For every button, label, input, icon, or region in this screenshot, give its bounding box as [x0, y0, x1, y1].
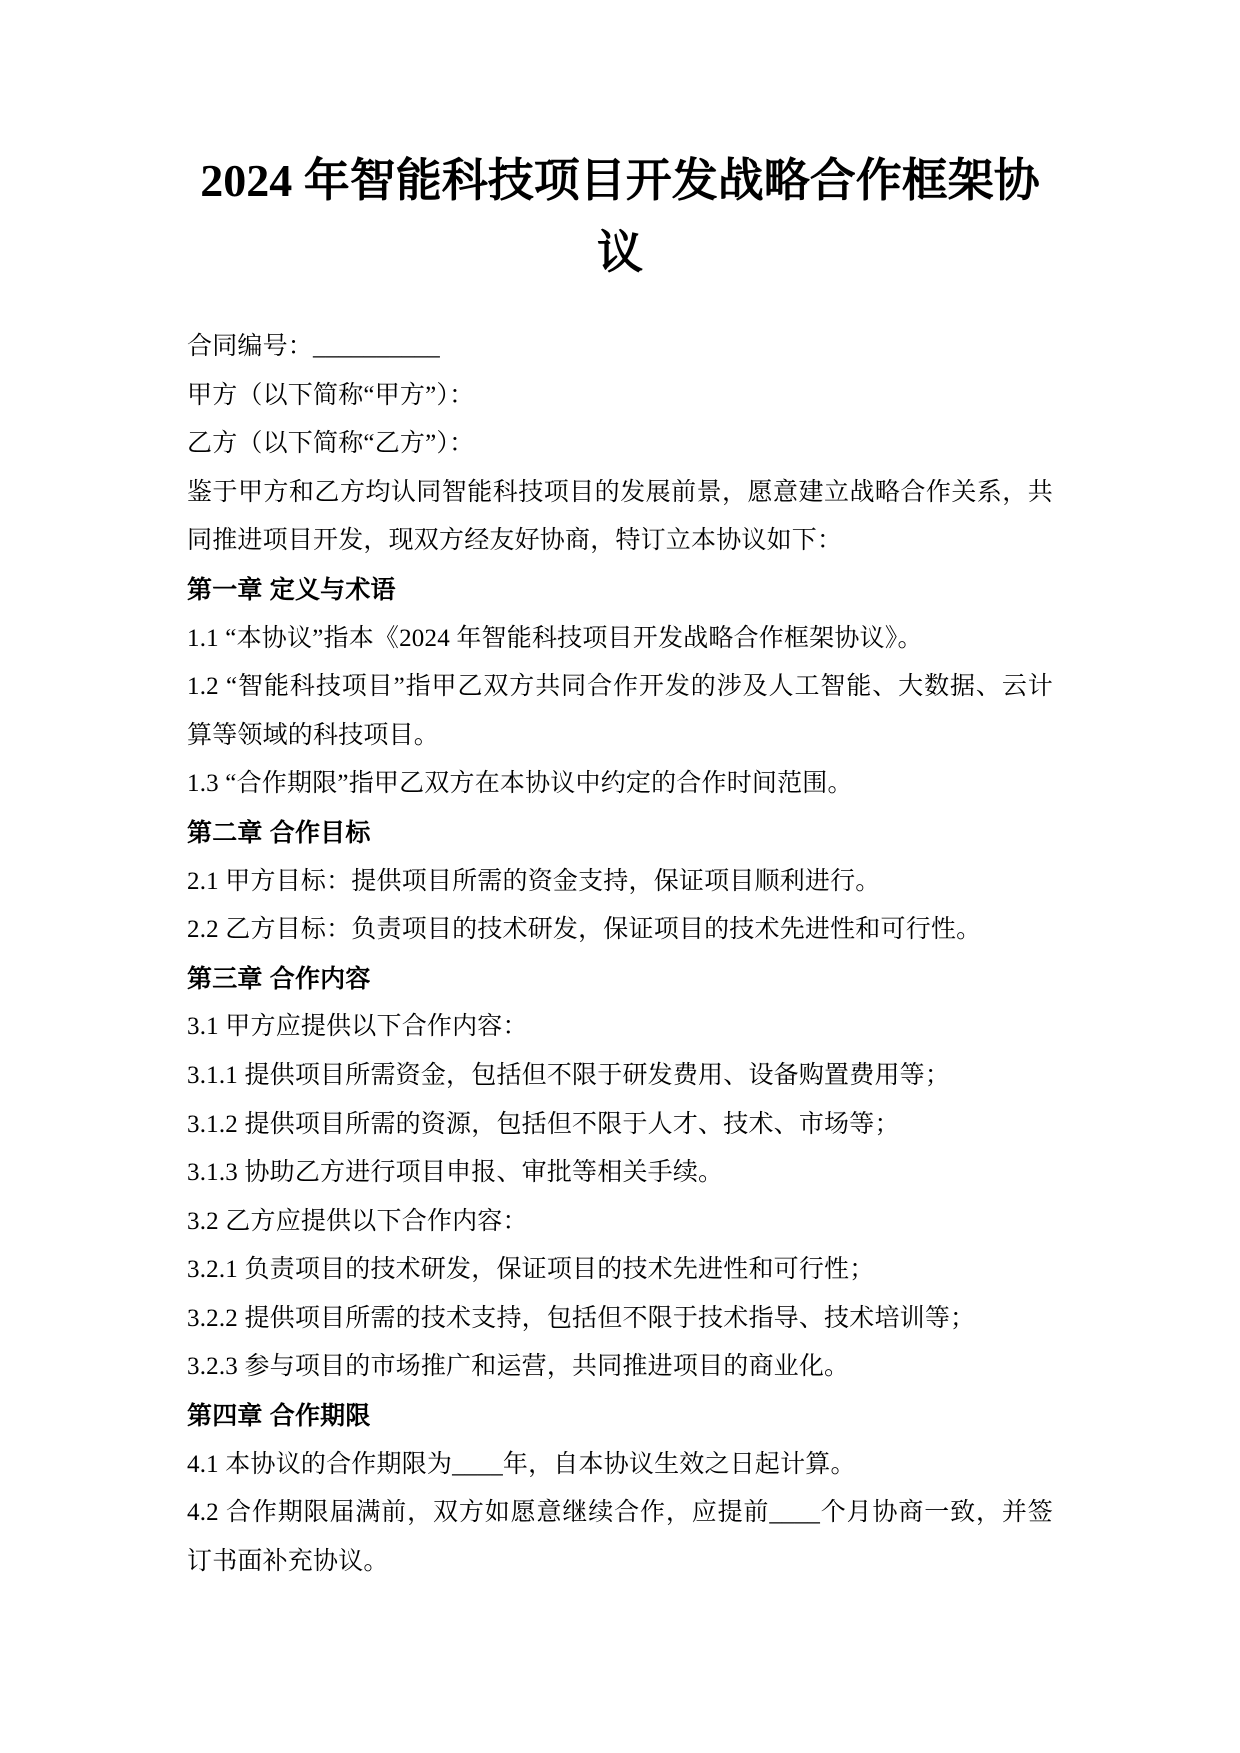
paragraph: 鉴于甲方和乙方均认同智能科技项目的发展前景，愿意建立战略合作关系，共同推进项目开…: [187, 469, 1053, 566]
paragraph: 3.1.2 提供项目所需的资源，包括但不限于人才、技术、市场等；: [187, 1101, 1053, 1150]
paragraph: 2.1 甲方目标：提供项目所需的资金支持，保证项目顺利进行。: [187, 858, 1053, 907]
paragraph: 3.1.1 提供项目所需资金，包括但不限于研发费用、设备购置费用等；: [187, 1052, 1053, 1101]
chapter-heading: 第三章 合作内容: [187, 955, 1053, 1004]
chapter-heading: 第二章 合作目标: [187, 809, 1053, 858]
paragraph: 甲方（以下简称“甲方”）：: [187, 372, 1053, 421]
chapter-heading: 第一章 定义与术语: [187, 566, 1053, 615]
paragraph: 4.1 本协议的合作期限为____年，自本协议生效之日起计算。: [187, 1441, 1053, 1490]
paragraph: 3.2.3 参与项目的市场推广和运营，共同推进项目的商业化。: [187, 1343, 1053, 1392]
document-title: 2024 年智能科技项目开发战略合作框架协议: [187, 145, 1053, 289]
document-page: 2024 年智能科技项目开发战略合作框架协议 合同编号：__________甲方…: [0, 0, 1240, 1753]
document-body: 合同编号：__________甲方（以下简称“甲方”）：乙方（以下简称“乙方”）…: [187, 323, 1053, 1586]
paragraph: 3.2.2 提供项目所需的技术支持，包括但不限于技术指导、技术培训等；: [187, 1295, 1053, 1344]
paragraph: 1.2 “智能科技项目”指甲乙双方共同合作开发的涉及人工智能、大数据、云计算等领…: [187, 663, 1053, 760]
paragraph: 3.2.1 负责项目的技术研发，保证项目的技术先进性和可行性；: [187, 1246, 1053, 1295]
chapter-heading: 第四章 合作期限: [187, 1392, 1053, 1441]
paragraph: 2.2 乙方目标：负责项目的技术研发，保证项目的技术先进性和可行性。: [187, 906, 1053, 955]
paragraph: 乙方（以下简称“乙方”）：: [187, 420, 1053, 469]
paragraph: 3.2 乙方应提供以下合作内容：: [187, 1198, 1053, 1247]
paragraph: 1.3 “合作期限”指甲乙双方在本协议中约定的合作时间范围。: [187, 760, 1053, 809]
paragraph: 4.2 合作期限届满前，双方如愿意继续合作，应提前____个月协商一致，并签订书…: [187, 1489, 1053, 1586]
paragraph: 3.1 甲方应提供以下合作内容：: [187, 1003, 1053, 1052]
paragraph: 1.1 “本协议”指本《2024 年智能科技项目开发战略合作框架协议》。: [187, 615, 1053, 664]
paragraph: 3.1.3 协助乙方进行项目申报、审批等相关手续。: [187, 1149, 1053, 1198]
paragraph: 合同编号：__________: [187, 323, 1053, 372]
